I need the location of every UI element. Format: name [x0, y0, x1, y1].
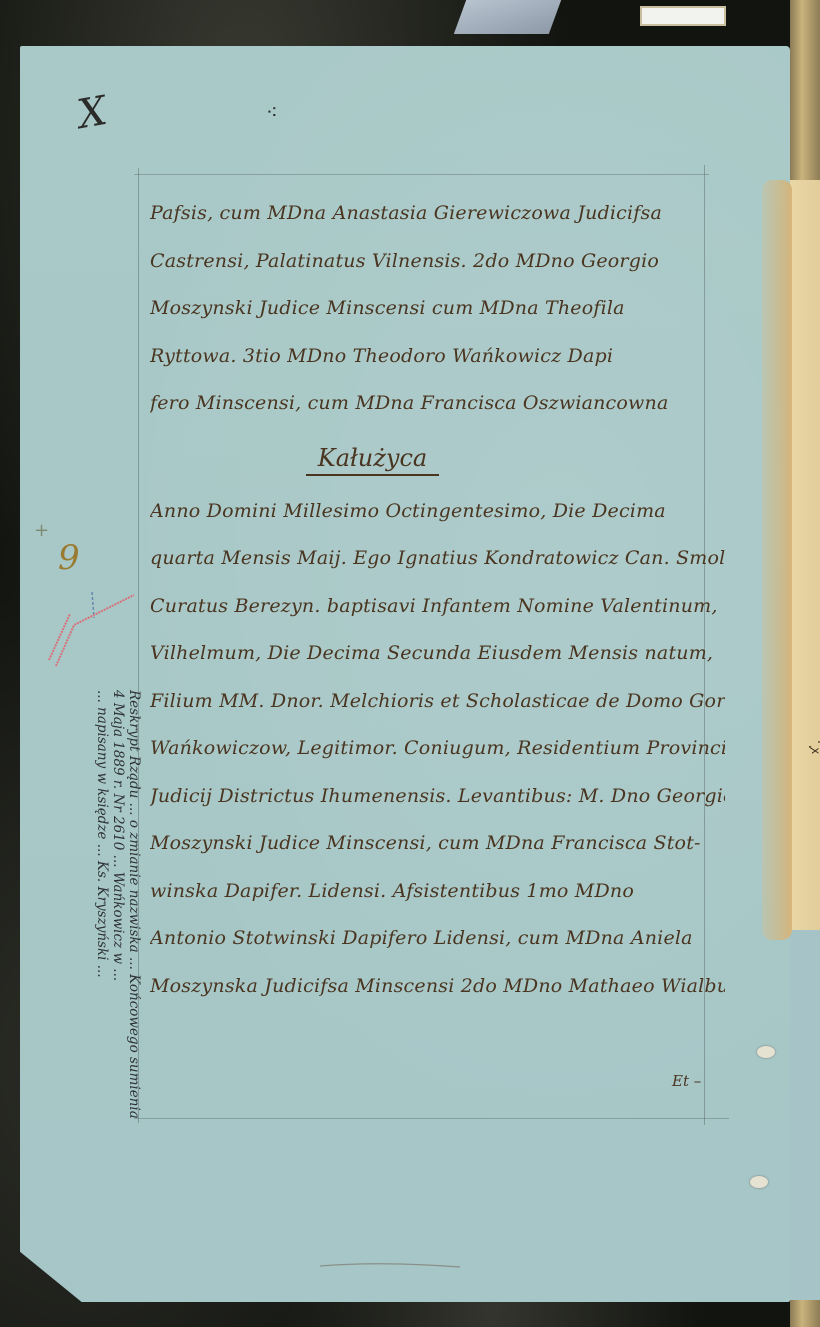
margin-annotation: Reskrypt Rządu ... o zmianie nazwiska ..…	[62, 690, 157, 1290]
binding-hole	[750, 1176, 768, 1188]
text-line: Anno Domini Millesimo Octingentesimo, Di…	[150, 488, 725, 536]
text-line: Vilhelmum, Die Decima Secunda Eiusdem Me…	[150, 630, 725, 678]
entry-number: 9	[58, 538, 80, 578]
text-line: Antonio Stotwinski Dapifero Lidensi, cum…	[150, 915, 725, 963]
text-line: Curatus Berezyn. baptisavi Infantem Nomi…	[150, 583, 725, 631]
section-heading: Kałużyca	[150, 428, 725, 488]
catchword: Et –	[672, 1072, 701, 1090]
bottom-ruling	[134, 1118, 729, 1119]
text-line: winska Dapifer. Lidensi. Afsistentibus 1…	[150, 868, 725, 916]
text-line: Moszynska Judicifsa Minscensi 2do MDno M…	[150, 963, 725, 1011]
text-line: Pafsis, cum MDna Anastasia Gierewiczowa …	[150, 190, 725, 238]
text-line: Moszynski Judice Minscensi, cum MDna Fra…	[150, 820, 725, 868]
text-line: Ryttowa. 3tio MDno Theodoro Wańkowicz Da…	[150, 333, 725, 381]
text-line: Castrensi, Palatinatus Vilnensis. 2do MD…	[150, 238, 725, 286]
margin-line: ... napisany w księdze ... Ks. Kryszyńsk…	[94, 690, 110, 1290]
top-paper-scrap	[454, 0, 561, 34]
top-ruling	[134, 174, 709, 175]
text-line: fero Minscensi, cum MDna Francisca Oszwi…	[150, 380, 725, 428]
margin-line: 4 Maja 1889 r. Nr 2610 ... Wańkowicz w .…	[110, 690, 126, 1290]
top-label-tab	[640, 6, 726, 26]
red-pencil-mark	[44, 590, 144, 670]
ink-dots: ⁖	[266, 100, 276, 124]
water-stain	[762, 180, 792, 940]
text-line: Judicij Districtus Ihumenensis. Levantib…	[150, 773, 725, 821]
pencil-cross: +	[34, 520, 49, 541]
text-line: Wańkowiczow, Legitimor. Coniugum, Reside…	[150, 725, 725, 773]
heading-text: Kałużyca	[306, 444, 439, 476]
margin-line: Reskrypt Rządu ... o zmianie nazwiska ..…	[126, 690, 142, 1290]
underlying-page-marks: ʻ ꭙ	[808, 740, 820, 754]
text-line: Moszynski Judice Minscensi cum MDna Theo…	[150, 285, 725, 333]
text-line: quarta Mensis Maij. Ego Ignatius Kondrat…	[150, 535, 725, 583]
register-text: Pafsis, cum MDna Anastasia Gierewiczowa …	[150, 190, 725, 1010]
text-line: Filium MM. Dnor. Melchioris et Scholasti…	[150, 678, 725, 726]
pencil-stroke	[320, 1262, 460, 1268]
binding-hole	[757, 1046, 775, 1058]
